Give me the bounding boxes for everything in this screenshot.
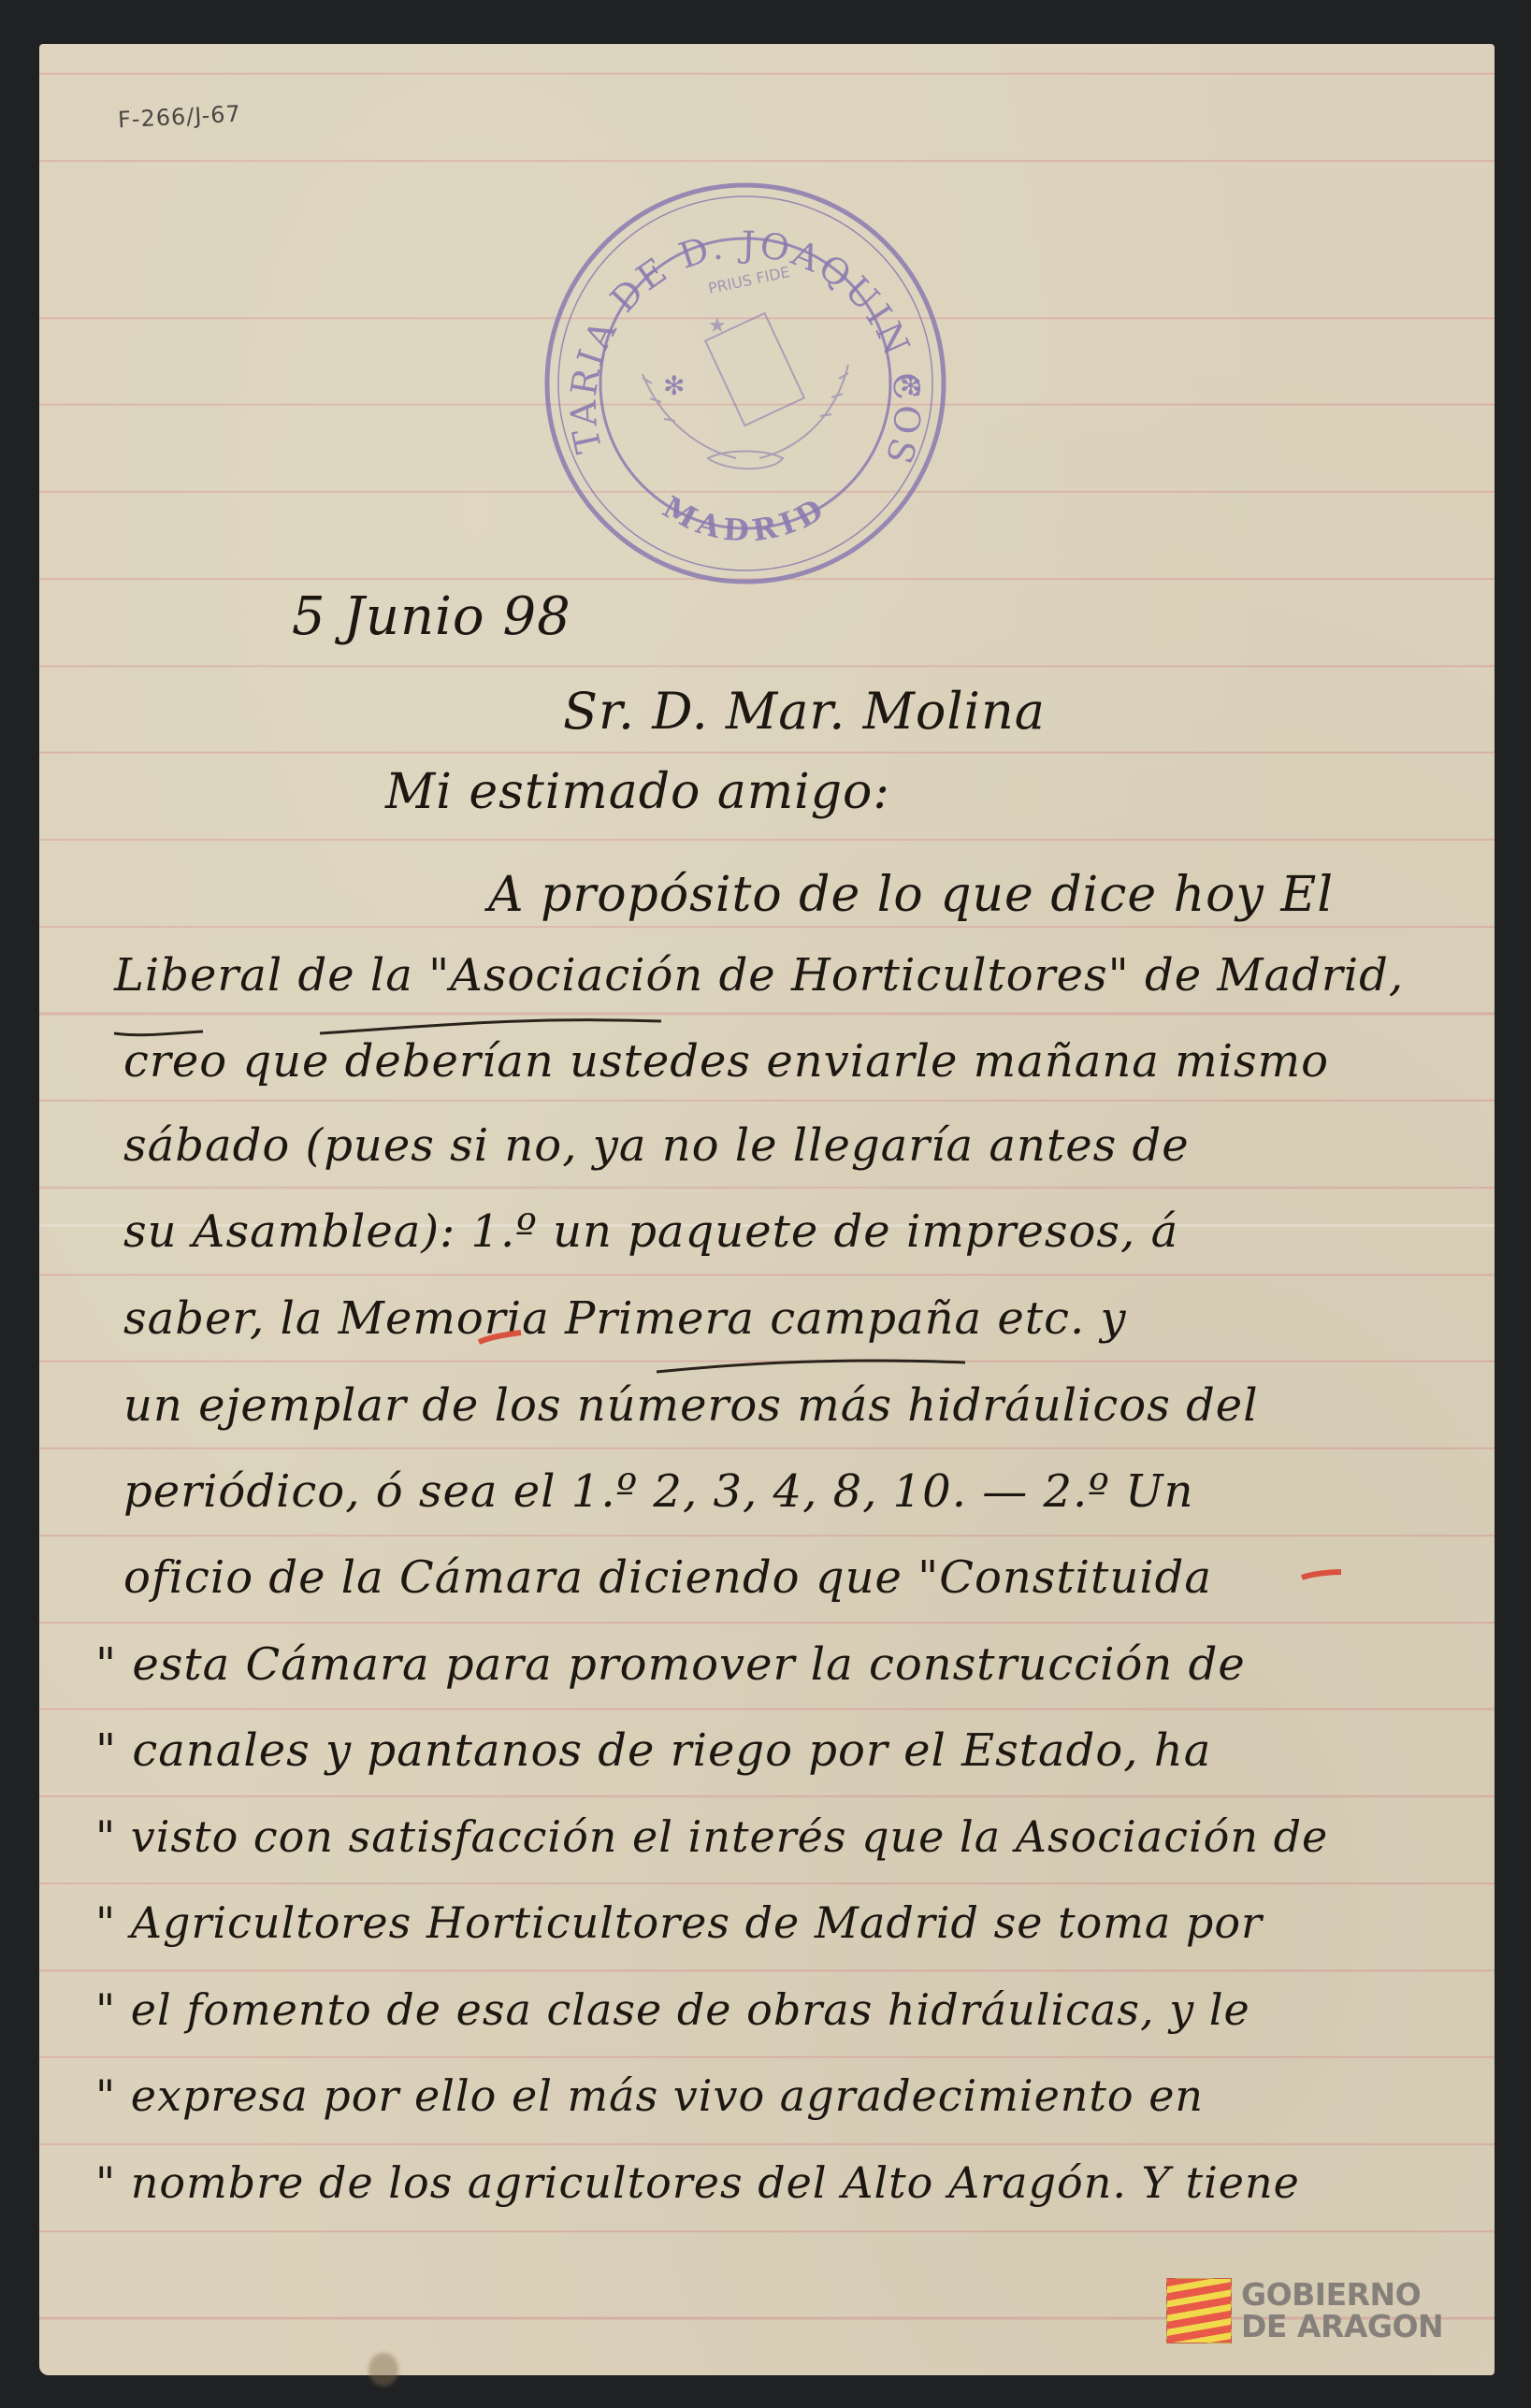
body-line-11: " canales y pantanos de riego por el Est… [95, 1724, 1211, 1777]
logo-text: GOBIERNO DE ARAGON [1241, 2279, 1443, 2343]
underline-asociacion [320, 1020, 661, 1033]
body-line-6: saber, la Memoria Primera campaña etc. y [123, 1292, 1127, 1345]
body-line-16: " nombre de los agricultores del Alto Ar… [95, 2157, 1300, 2208]
salutation: Mi estimado amigo: [385, 764, 890, 820]
letter-paper: F-266/J-67 NOTARIA DE D. JOAQUIN COSTA M… [39, 44, 1495, 2375]
body-line-5: su Asamblea): 1.º un paquete de impresos… [123, 1205, 1178, 1258]
date-line: 5 Junio 98 [292, 586, 571, 647]
body-line-10: " esta Cámara para promover la construcc… [95, 1638, 1246, 1691]
logo-line-2: DE ARAGON [1241, 2311, 1443, 2343]
body-line-4: sábado (pues si no, ya no le llegaría an… [123, 1119, 1190, 1172]
recipient-line: Sr. D. Mar. Molina [563, 682, 1046, 741]
red-mark-2 [1302, 1572, 1341, 1578]
body-line-14: " el fomento de esa clase de obras hidrá… [95, 1984, 1250, 2035]
aragon-flag-icon [1166, 2278, 1232, 2343]
gobierno-aragon-logo: GOBIERNO DE ARAGON [1166, 2278, 1443, 2343]
body-line-12: " visto con satisfacción el interés que … [95, 1811, 1328, 1862]
body-line-8: periódico, ó sea el 1.º 2, 3, 4, 8, 10. … [123, 1465, 1193, 1518]
logo-line-1: GOBIERNO [1241, 2279, 1443, 2311]
body-line-2: Liberal de la "Asociación de Horticultor… [114, 949, 1404, 1002]
body-line-7: un ejemplar de los números más hidráulic… [123, 1379, 1259, 1432]
body-line-9: oficio de la Cámara diciendo que "Consti… [123, 1551, 1212, 1604]
paper-stain [368, 2353, 398, 2386]
body-line-1: A propósito de lo que dice hoy El [488, 867, 1334, 923]
body-line-15: " expresa por ello el más vivo agradecim… [95, 2070, 1204, 2121]
body-line-13: " Agricultores Horticultores de Madrid s… [95, 1897, 1263, 1948]
body-line-3: creo que deberían ustedes enviarle mañan… [123, 1035, 1329, 1088]
letter-text: 5 Junio 98 Sr. D. Mar. Molina Mi estimad… [39, 44, 1495, 2375]
underline-primera-campana [657, 1361, 965, 1372]
